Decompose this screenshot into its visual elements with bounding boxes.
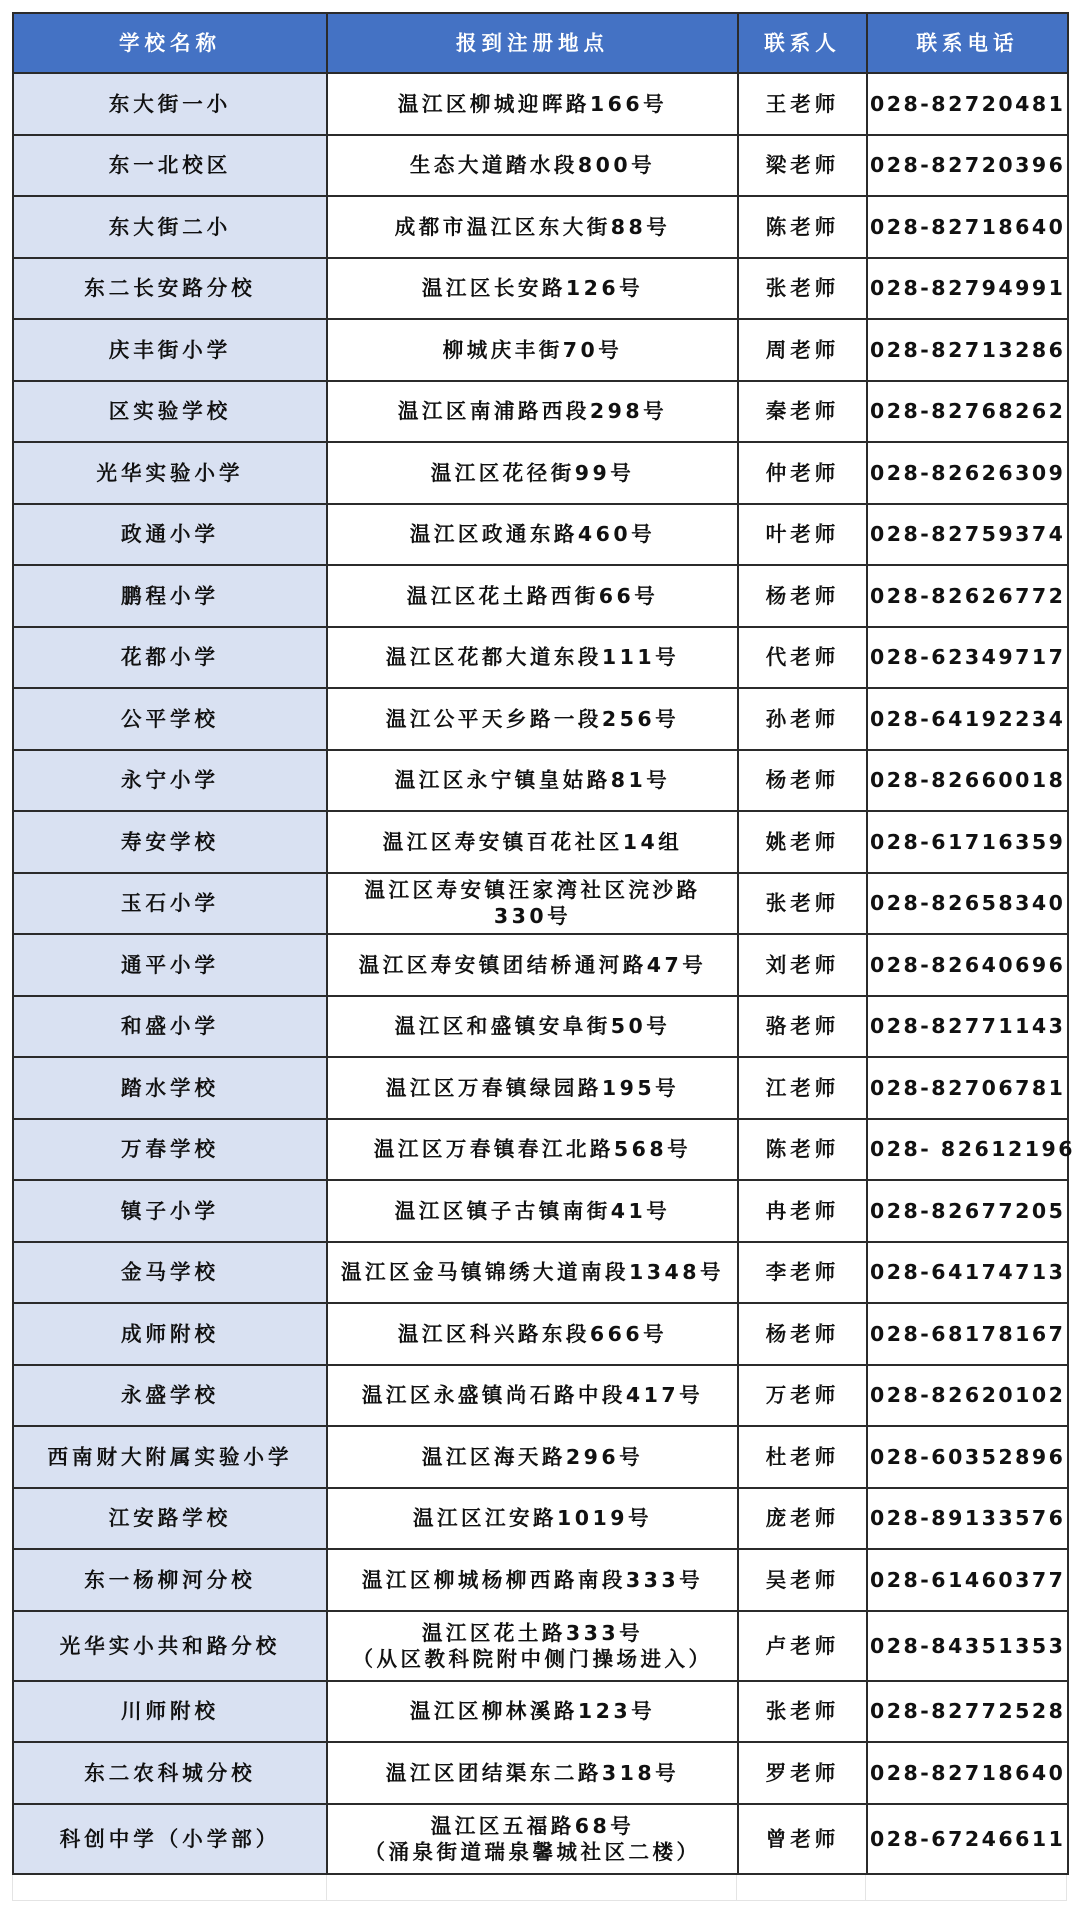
- address-cell: 温江区寿安镇汪家湾社区浣沙路 330号: [327, 873, 738, 935]
- table-row: 江安路学校 温江区江安路1019号 庞老师 028-89133576: [13, 1488, 1068, 1550]
- contact-cell: 罗老师: [738, 1742, 867, 1804]
- school-name-cell: 通平小学: [13, 934, 327, 996]
- address-cell: 温江区万春镇春江北路568号: [327, 1119, 738, 1181]
- header-registration-address: 报到注册地点: [327, 13, 738, 73]
- school-name-cell: 和盛小学: [13, 996, 327, 1058]
- table-row: 东大街一小 温江区柳城迎晖路166号 王老师 028-82720481: [13, 73, 1068, 135]
- contact-cell: 张老师: [738, 258, 867, 320]
- school-name-cell: 踏水学校: [13, 1057, 327, 1119]
- address-cell: 温江区万春镇绿园路195号: [327, 1057, 738, 1119]
- school-name-cell: 镇子小学: [13, 1180, 327, 1242]
- contact-cell: 刘老师: [738, 934, 867, 996]
- contact-cell: 李老师: [738, 1242, 867, 1304]
- school-name-cell: 花都小学: [13, 627, 327, 689]
- contact-cell: 代老师: [738, 627, 867, 689]
- contact-cell: 姚老师: [738, 811, 867, 873]
- school-name-cell: 川师附校: [13, 1681, 327, 1743]
- header-school-name: 学校名称: [13, 13, 327, 73]
- phone-cell: 028-84351353: [867, 1611, 1068, 1681]
- registration-table-container: 学校名称 报到注册地点 联系人 联系电话 东大街一小 温江区柳城迎晖路166号 …: [12, 12, 1067, 1901]
- school-name-cell: 科创中学（小学部）: [13, 1804, 327, 1874]
- school-name-cell: 西南财大附属实验小学: [13, 1426, 327, 1488]
- contact-cell: 吴老师: [738, 1549, 867, 1611]
- address-cell: 温江区政通东路460号: [327, 504, 738, 566]
- address-cell: 温江区花都大道东段111号: [327, 627, 738, 689]
- table-row: 区实验学校 温江区南浦路西段298号 秦老师 028-82768262: [13, 381, 1068, 443]
- contact-cell: 冉老师: [738, 1180, 867, 1242]
- contact-cell: 杨老师: [738, 1303, 867, 1365]
- phone-cell: 028-82713286: [867, 319, 1068, 381]
- address-cell: 温江区和盛镇安阜街50号: [327, 996, 738, 1058]
- address-cell: 温江区寿安镇团结桥通河路47号: [327, 934, 738, 996]
- table-row: 和盛小学 温江区和盛镇安阜街50号 骆老师 028-82771143: [13, 996, 1068, 1058]
- contact-cell: 骆老师: [738, 996, 867, 1058]
- phone-cell: 028-82794991: [867, 258, 1068, 320]
- table-row: 东大街二小 成都市温江区东大街88号 陈老师 028-82718640: [13, 196, 1068, 258]
- contact-cell: 曾老师: [738, 1804, 867, 1874]
- table-row: 永盛学校 温江区永盛镇尚石路中段417号 万老师 028-82620102: [13, 1365, 1068, 1427]
- school-name-cell: 区实验学校: [13, 381, 327, 443]
- address-cell: 温江区花土路333号 （从区教科院附中侧门操场进入）: [327, 1611, 738, 1681]
- address-cell: 温江公平天乡路一段256号: [327, 688, 738, 750]
- table-row: 东一杨柳河分校 温江区柳城杨柳西路南段333号 吴老师 028-61460377: [13, 1549, 1068, 1611]
- address-cell: 温江区长安路126号: [327, 258, 738, 320]
- table-row: 万春学校 温江区万春镇春江北路568号 陈老师 028- 82612196: [13, 1119, 1068, 1181]
- contact-cell: 仲老师: [738, 442, 867, 504]
- address-cell: 温江区柳林溪路123号: [327, 1681, 738, 1743]
- address-cell: 温江区海天路296号: [327, 1426, 738, 1488]
- contact-cell: 陈老师: [738, 1119, 867, 1181]
- phone-cell: 028-82620102: [867, 1365, 1068, 1427]
- phone-cell: 028-64174713: [867, 1242, 1068, 1304]
- phone-cell: 028-82720396: [867, 135, 1068, 197]
- address-cell: 温江区团结渠东二路318号: [327, 1742, 738, 1804]
- table-row: 鹏程小学 温江区花土路西街66号 杨老师 028-82626772: [13, 565, 1068, 627]
- table-row: 公平学校 温江公平天乡路一段256号 孙老师 028-64192234: [13, 688, 1068, 750]
- address-cell: 柳城庆丰街70号: [327, 319, 738, 381]
- school-name-cell: 东二长安路分校: [13, 258, 327, 320]
- school-name-cell: 庆丰街小学: [13, 319, 327, 381]
- table-row: 东二农科城分校 温江区团结渠东二路318号 罗老师 028-82718640: [13, 1742, 1068, 1804]
- empty-cell: [866, 1875, 1067, 1900]
- address-cell: 温江区永盛镇尚石路中段417号: [327, 1365, 738, 1427]
- address-cell: 温江区南浦路西段298号: [327, 381, 738, 443]
- header-contact-person: 联系人: [738, 13, 867, 73]
- school-name-cell: 成师附校: [13, 1303, 327, 1365]
- school-name-cell: 东大街二小: [13, 196, 327, 258]
- phone-cell: 028-82771143: [867, 996, 1068, 1058]
- phone-cell: 028-82626309: [867, 442, 1068, 504]
- phone-cell: 028-61716359: [867, 811, 1068, 873]
- school-name-cell: 光华实验小学: [13, 442, 327, 504]
- contact-cell: 杨老师: [738, 565, 867, 627]
- phone-cell: 028-68178167: [867, 1303, 1068, 1365]
- address-cell: 温江区寿安镇百花社区14组: [327, 811, 738, 873]
- contact-cell: 梁老师: [738, 135, 867, 197]
- table-row: 成师附校 温江区科兴路东段666号 杨老师 028-68178167: [13, 1303, 1068, 1365]
- school-registration-table: 学校名称 报到注册地点 联系人 联系电话 东大街一小 温江区柳城迎晖路166号 …: [12, 12, 1069, 1875]
- phone-cell: 028-82658340: [867, 873, 1068, 935]
- empty-cell: [737, 1875, 866, 1900]
- address-cell: 温江区科兴路东段666号: [327, 1303, 738, 1365]
- table-row: 政通小学 温江区政通东路460号 叶老师 028-82759374: [13, 504, 1068, 566]
- contact-cell: 叶老师: [738, 504, 867, 566]
- school-name-cell: 东二农科城分校: [13, 1742, 327, 1804]
- address-cell: 温江区镇子古镇南街41号: [327, 1180, 738, 1242]
- address-cell: 温江区永宁镇皇姑路81号: [327, 750, 738, 812]
- school-name-cell: 永宁小学: [13, 750, 327, 812]
- contact-cell: 孙老师: [738, 688, 867, 750]
- phone-cell: 028-62349717: [867, 627, 1068, 689]
- address-cell: 温江区金马镇锦绣大道南段1348号: [327, 1242, 738, 1304]
- phone-cell: 028-67246611: [867, 1804, 1068, 1874]
- table-row: 川师附校 温江区柳林溪路123号 张老师 028-82772528: [13, 1681, 1068, 1743]
- phone-cell: 028-82759374: [867, 504, 1068, 566]
- address-cell: 温江区江安路1019号: [327, 1488, 738, 1550]
- phone-cell: 028-82720481: [867, 73, 1068, 135]
- school-name-cell: 永盛学校: [13, 1365, 327, 1427]
- address-cell: 温江区柳城迎晖路166号: [327, 73, 738, 135]
- table-row: 踏水学校 温江区万春镇绿园路195号 江老师 028-82706781: [13, 1057, 1068, 1119]
- contact-cell: 张老师: [738, 873, 867, 935]
- table-row: 镇子小学 温江区镇子古镇南街41号 冉老师 028-82677205: [13, 1180, 1068, 1242]
- phone-cell: 028- 82612196: [867, 1119, 1068, 1181]
- address-cell: 温江区花土路西街66号: [327, 565, 738, 627]
- school-name-cell: 东一杨柳河分校: [13, 1549, 327, 1611]
- address-cell: 温江区五福路68号 （涌泉街道瑞泉馨城社区二楼）: [327, 1804, 738, 1874]
- contact-cell: 秦老师: [738, 381, 867, 443]
- phone-cell: 028-82768262: [867, 381, 1068, 443]
- phone-cell: 028-82706781: [867, 1057, 1068, 1119]
- school-name-cell: 金马学校: [13, 1242, 327, 1304]
- contact-cell: 周老师: [738, 319, 867, 381]
- table-row: 永宁小学 温江区永宁镇皇姑路81号 杨老师 028-82660018: [13, 750, 1068, 812]
- phone-cell: 028-82718640: [867, 196, 1068, 258]
- phone-cell: 028-61460377: [867, 1549, 1068, 1611]
- phone-cell: 028-82677205: [867, 1180, 1068, 1242]
- table-row: 玉石小学 温江区寿安镇汪家湾社区浣沙路 330号 张老师 028-8265834…: [13, 873, 1068, 935]
- address-cell: 温江区柳城杨柳西路南段333号: [327, 1549, 738, 1611]
- school-name-cell: 万春学校: [13, 1119, 327, 1181]
- table-row: 通平小学 温江区寿安镇团结桥通河路47号 刘老师 028-82640696: [13, 934, 1068, 996]
- contact-cell: 庞老师: [738, 1488, 867, 1550]
- school-name-cell: 东一北校区: [13, 135, 327, 197]
- table-row: 金马学校 温江区金马镇锦绣大道南段1348号 李老师 028-64174713: [13, 1242, 1068, 1304]
- address-cell: 成都市温江区东大街88号: [327, 196, 738, 258]
- contact-cell: 卢老师: [738, 1611, 867, 1681]
- contact-cell: 万老师: [738, 1365, 867, 1427]
- school-name-cell: 公平学校: [13, 688, 327, 750]
- table-row: 光华实验小学 温江区花径街99号 仲老师 028-82626309: [13, 442, 1068, 504]
- table-row: 庆丰街小学 柳城庆丰街70号 周老师 028-82713286: [13, 319, 1068, 381]
- phone-cell: 028-64192234: [867, 688, 1068, 750]
- contact-cell: 江老师: [738, 1057, 867, 1119]
- school-name-cell: 江安路学校: [13, 1488, 327, 1550]
- school-name-cell: 寿安学校: [13, 811, 327, 873]
- empty-cell: [13, 1875, 327, 1900]
- table-row: 科创中学（小学部） 温江区五福路68号 （涌泉街道瑞泉馨城社区二楼） 曾老师 0…: [13, 1804, 1068, 1874]
- phone-cell: 028-82772528: [867, 1681, 1068, 1743]
- phone-cell: 028-60352896: [867, 1426, 1068, 1488]
- phone-cell: 028-82640696: [867, 934, 1068, 996]
- school-name-cell: 鹏程小学: [13, 565, 327, 627]
- table-row: 花都小学 温江区花都大道东段111号 代老师 028-62349717: [13, 627, 1068, 689]
- table-header-row: 学校名称 报到注册地点 联系人 联系电话: [13, 13, 1068, 73]
- contact-cell: 张老师: [738, 1681, 867, 1743]
- address-cell: 温江区花径街99号: [327, 442, 738, 504]
- school-name-cell: 东大街一小: [13, 73, 327, 135]
- header-contact-phone: 联系电话: [867, 13, 1068, 73]
- table-row: 西南财大附属实验小学 温江区海天路296号 杜老师 028-60352896: [13, 1426, 1068, 1488]
- table-row: 东二长安路分校 温江区长安路126号 张老师 028-82794991: [13, 258, 1068, 320]
- table-row: 寿安学校 温江区寿安镇百花社区14组 姚老师 028-61716359: [13, 811, 1068, 873]
- address-cell: 生态大道踏水段800号: [327, 135, 738, 197]
- phone-cell: 028-89133576: [867, 1488, 1068, 1550]
- contact-cell: 陈老师: [738, 196, 867, 258]
- contact-cell: 王老师: [738, 73, 867, 135]
- contact-cell: 杨老师: [738, 750, 867, 812]
- school-name-cell: 政通小学: [13, 504, 327, 566]
- table-row: 光华实小共和路分校 温江区花土路333号 （从区教科院附中侧门操场进入） 卢老师…: [13, 1611, 1068, 1681]
- empty-cell: [327, 1875, 738, 1900]
- empty-spreadsheet-row: [12, 1875, 1067, 1901]
- school-name-cell: 玉石小学: [13, 873, 327, 935]
- phone-cell: 028-82718640: [867, 1742, 1068, 1804]
- contact-cell: 杜老师: [738, 1426, 867, 1488]
- phone-cell: 028-82660018: [867, 750, 1068, 812]
- table-row: 东一北校区 生态大道踏水段800号 梁老师 028-82720396: [13, 135, 1068, 197]
- school-name-cell: 光华实小共和路分校: [13, 1611, 327, 1681]
- phone-cell: 028-82626772: [867, 565, 1068, 627]
